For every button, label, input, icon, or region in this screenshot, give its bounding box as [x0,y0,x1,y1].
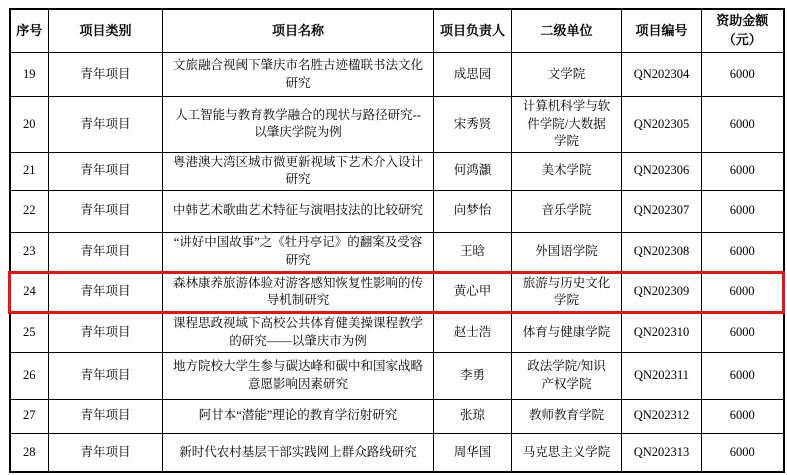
cell-amount: 6000 [702,232,784,272]
column-header-name: 项目名称 [163,9,434,53]
cell-amount: 6000 [702,312,784,352]
cell-leader: 何鸿灝 [434,152,512,190]
table-row: 28青年项目新时代农村基层干部实践网上群众路线研究周华国马克思主义学院QN202… [10,433,784,472]
cell-unit: 马克思主义学院 [512,433,622,472]
cell-unit: 体育与健康学院 [512,312,622,352]
table-row: 21青年项目粤港澳大湾区城市微更新视域下艺术介入设计研究何鸿灝美术学院QN202… [10,152,784,190]
cell-amount: 6000 [702,433,784,472]
cell-name: 课程思政视域下高校公共体育健美操课程教学的研究——以肇庆市为例 [163,312,434,352]
cell-code: QN202306 [622,152,702,190]
column-header-unit: 二级单位 [512,9,622,53]
cell-code: QN202313 [622,433,702,472]
cell-name: 阿甘本“潜能”理论的教育学衍射研究 [163,399,434,433]
cell-category: 青年项目 [49,53,163,97]
cell-leader: 成思园 [434,53,512,97]
cell-category: 青年项目 [49,312,163,352]
cell-leader: 周华国 [434,433,512,472]
cell-code: QN202304 [622,53,702,97]
cell-amount: 6000 [702,399,784,433]
cell-serial: 28 [10,433,49,472]
cell-amount: 6000 [702,352,784,399]
cell-serial: 19 [10,53,49,97]
table-row-highlighted: 24青年项目森林康养旅游体验对游客感知恢复性影响的传导机制研究黄心甲旅游与历史文… [10,272,784,312]
cell-unit: 计算机科学与软件学院/大数据学院 [512,97,622,153]
cell-unit: 美术学院 [512,152,622,190]
cell-category: 青年项目 [49,232,163,272]
document-page: 序号项目类别项目名称项目负责人二级单位项目编号资助金额 （元） 19青年项目文旅… [0,0,787,475]
cell-amount: 6000 [702,190,784,232]
cell-serial: 21 [10,152,49,190]
cell-code: QN202307 [622,190,702,232]
cell-leader: 李勇 [434,352,512,399]
column-header-code: 项目编号 [622,9,702,53]
cell-unit: 音乐学院 [512,190,622,232]
cell-category: 青年项目 [49,97,163,153]
table-header-row: 序号项目类别项目名称项目负责人二级单位项目编号资助金额 （元） [10,9,784,53]
table-row: 27青年项目阿甘本“潜能”理论的教育学衍射研究张琼教师教育学院QN2023126… [10,399,784,433]
cell-leader: 赵士浩 [434,312,512,352]
cell-leader: 王晗 [434,232,512,272]
cell-leader: 张琼 [434,399,512,433]
cell-name: 粤港澳大湾区城市微更新视域下艺术介入设计研究 [163,152,434,190]
cell-unit: 旅游与历史文化学院 [512,272,622,312]
column-header-amount: 资助金额 （元） [702,9,784,53]
cell-unit: 政法学院/知识产权学院 [512,352,622,399]
projects-table: 序号项目类别项目名称项目负责人二级单位项目编号资助金额 （元） 19青年项目文旅… [8,8,785,473]
cell-code: QN202311 [622,352,702,399]
cell-serial: 26 [10,352,49,399]
table-row: 23青年项目“讲好中国故事”之《牡丹亭记》的翻案及受容研究王晗外国语学院QN20… [10,232,784,272]
cell-unit: 文学院 [512,53,622,97]
cell-name: 新时代农村基层干部实践网上群众路线研究 [163,433,434,472]
cell-name: 文旅融合视阈下肇庆市名胜古迹楹联书法文化研究 [163,53,434,97]
column-header-serial: 序号 [10,9,49,53]
cell-category: 青年项目 [49,152,163,190]
cell-name: 人工智能与教育教学融合的现状与路径研究--以肇庆学院为例 [163,97,434,153]
cell-category: 青年项目 [49,272,163,312]
cell-serial: 23 [10,232,49,272]
column-header-leader: 项目负责人 [434,9,512,53]
table-row: 19青年项目文旅融合视阈下肇庆市名胜古迹楹联书法文化研究成思园文学院QN2023… [10,53,784,97]
table-row: 20青年项目人工智能与教育教学融合的现状与路径研究--以肇庆学院为例宋秀贤计算机… [10,97,784,153]
cell-serial: 24 [10,272,49,312]
cell-name: 中韩艺术歌曲艺术特征与演唱技法的比较研究 [163,190,434,232]
cell-unit: 外国语学院 [512,232,622,272]
cell-amount: 6000 [702,97,784,153]
cell-code: QN202309 [622,272,702,312]
cell-amount: 6000 [702,152,784,190]
cell-category: 青年项目 [49,352,163,399]
cell-leader: 宋秀贤 [434,97,512,153]
table-row: 22青年项目中韩艺术歌曲艺术特征与演唱技法的比较研究向梦怡音乐学院QN20230… [10,190,784,232]
cell-serial: 27 [10,399,49,433]
cell-code: QN202312 [622,399,702,433]
cell-serial: 22 [10,190,49,232]
cell-code: QN202308 [622,232,702,272]
cell-name: 地方院校大学生参与碳达峰和碳中和国家战略意愿影响因素研究 [163,352,434,399]
cell-serial: 20 [10,97,49,153]
cell-serial: 25 [10,312,49,352]
cell-category: 青年项目 [49,399,163,433]
cell-name: “讲好中国故事”之《牡丹亭记》的翻案及受容研究 [163,232,434,272]
cell-category: 青年项目 [49,190,163,232]
cell-amount: 6000 [702,53,784,97]
cell-leader: 向梦怡 [434,190,512,232]
table-row: 25青年项目课程思政视域下高校公共体育健美操课程教学的研究——以肇庆市为例赵士浩… [10,312,784,352]
column-header-category: 项目类别 [49,9,163,53]
cell-unit: 教师教育学院 [512,399,622,433]
cell-code: QN202305 [622,97,702,153]
table-row: 26青年项目地方院校大学生参与碳达峰和碳中和国家战略意愿影响因素研究李勇政法学院… [10,352,784,399]
cell-amount: 6000 [702,272,784,312]
cell-code: QN202310 [622,312,702,352]
cell-category: 青年项目 [49,433,163,472]
cell-name: 森林康养旅游体验对游客感知恢复性影响的传导机制研究 [163,272,434,312]
cell-leader: 黄心甲 [434,272,512,312]
